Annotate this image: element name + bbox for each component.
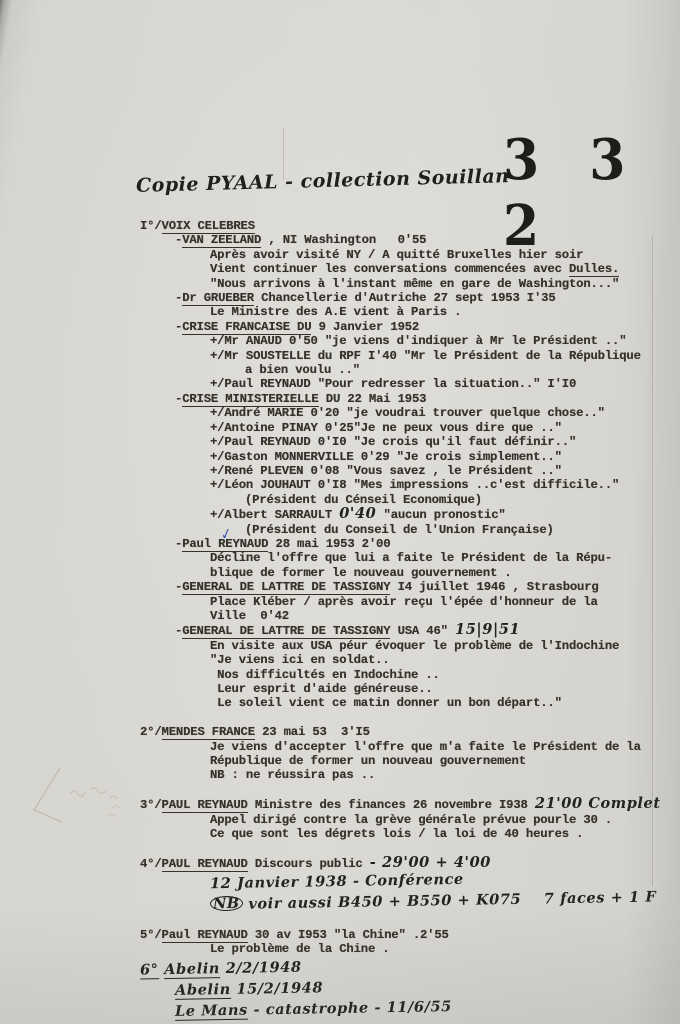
typed-line: 2°/MENDES FRANCE 23 mai 53 3'I5 xyxy=(0,725,680,739)
typed-line: +/Mr SOUSTELLE du RPF I'40 "Mr le Présid… xyxy=(0,349,680,363)
text-segment: VOIX CELEBRES xyxy=(162,219,255,234)
typed-line: +/Gaston MONNERVILLE 0'29 "Je crois simp… xyxy=(0,450,680,464)
text-segment: +/Albert SARRAULT xyxy=(210,508,339,522)
text-segment: +/Antoine PINAY 0'25"Je ne peux vous dir… xyxy=(210,421,562,435)
text-segment: Leur esprit d'aide généreuse.. xyxy=(210,682,433,696)
typed-line: +/Albert SARRAULT 0'40 "aucun pronostic" xyxy=(0,507,680,522)
text-segment: NB xyxy=(210,896,243,912)
text-segment: Le soleil vient ce matin donner un bon d… xyxy=(210,696,562,710)
text-segment: CRISE MINISTERIELLE xyxy=(182,392,318,407)
text-segment: Je viens d'accepter l'offre que m'a fait… xyxy=(210,740,641,754)
typed-line: +/Paul REYNAUD 0'I0 "Je crois qu'il faut… xyxy=(0,435,680,449)
text-segment: 15/2/1948 xyxy=(231,980,324,999)
text-segment: +/Léon JOUHAUT 0'I8 "Mes impressions ..c… xyxy=(210,478,619,492)
text-segment: Le Ministre des A.E vient à Paris . xyxy=(210,305,461,319)
typed-line: +/Antoine PINAY 0'25"Je ne peux vous dir… xyxy=(0,421,680,435)
typed-line: -CRISE MINISTERIELLE DU 22 Mai 1953 xyxy=(0,392,680,406)
text-segment: République de former un nouveau gouverne… xyxy=(210,754,526,768)
text-segment: Ville 0'42 xyxy=(210,609,289,623)
handwritten-note: 15|9|51 xyxy=(455,621,520,638)
text-segment: 23 mai 53 3'I5 xyxy=(255,725,370,739)
text-segment: "aucun pronostic" xyxy=(376,508,505,522)
typed-line: blique de former le nouveau gouvernement… xyxy=(0,566,680,580)
text-segment: 4°/ xyxy=(140,857,162,871)
text-segment: +/René PLEVEN 0'08 "Vous savez , le Prés… xyxy=(210,464,562,478)
text-segment: Dr GRUEBER xyxy=(182,291,254,306)
typed-line: Le Ministre des A.E vient à Paris . xyxy=(0,305,680,319)
handwritten-note: 21'00 Complet xyxy=(535,795,661,812)
text-segment: CRISE FRANCAISE DU xyxy=(182,320,311,335)
text-segment: PAUL REYNAUD xyxy=(162,857,248,872)
typed-line: Le soleil vient ce matin donner un bon d… xyxy=(0,696,680,710)
typed-line: a bien voulu .." xyxy=(0,363,680,377)
typed-line: +/Léon JOUHAUT 0'I8 "Mes impressions ..c… xyxy=(0,478,680,492)
typed-line: "Je viens ici en soldat.. xyxy=(0,653,680,667)
typed-line: +/Mr ANAUD 0'50 "je viens d'indiquer à M… xyxy=(0,334,680,348)
blank-line xyxy=(0,913,680,927)
typed-line: Ville 0'42 xyxy=(0,609,680,623)
text-segment: Décline l'offre que lui a faite le Prési… xyxy=(210,551,612,565)
text-segment: Appel dirigé contre la grève générale pr… xyxy=(210,813,612,827)
text-segment: VAN ZEELAND xyxy=(182,233,261,248)
text-segment: Le Mans xyxy=(175,1002,248,1021)
text-segment: Abelin xyxy=(175,981,231,1000)
typed-line: En visite aux USA péur évoquer le problè… xyxy=(0,639,680,653)
typed-line: -Paul REYNAUD 28 mai 1953 2'00✓ xyxy=(0,537,680,551)
text-segment: "Je viens ici en soldat.. xyxy=(210,653,389,667)
text-segment: +/Mr SOUSTELLE du RPF I'40 "Mr le Présid… xyxy=(210,349,641,363)
text-segment: - catastrophe - 11/6/55 xyxy=(248,998,452,1019)
text-segment: , NI Washington 0'55 xyxy=(261,233,426,247)
text-segment: GENERAL DE LATTRE DE TASSIGNY xyxy=(182,624,390,639)
typed-line: (Président du Conseil de l'Union Françai… xyxy=(0,523,680,537)
typed-line: Leur esprit d'aide généreuse.. xyxy=(0,682,680,696)
text-segment: 30 av I953 "la Chine" .2'55 xyxy=(248,928,449,942)
text-segment: blique de former le nouveau gouvernement… xyxy=(210,566,512,580)
blank-line xyxy=(0,711,680,725)
text-segment: (Président du Conseil de l'Union Françai… xyxy=(245,523,554,537)
text-segment: En visite aux USA péur évoquer le problè… xyxy=(210,639,619,653)
typed-line: Je viens d'accepter l'offre que m'a fait… xyxy=(0,740,680,754)
text-segment: 5°/ xyxy=(140,928,162,942)
typed-line: Vient continuer les conversations commen… xyxy=(0,262,680,276)
typed-line: I°/VOIX CELEBRES xyxy=(0,219,680,233)
text-segment: USA 46" xyxy=(390,624,455,638)
text-segment: +/Gaston MONNERVILLE 0'29 "Je crois simp… xyxy=(210,450,562,464)
text-segment: Abelin xyxy=(164,961,220,980)
text-segment: Vient continuer les conversations commen… xyxy=(210,262,569,276)
text-segment: DU 22 Mai 1953 xyxy=(319,392,427,406)
typed-line: "Nous arrivons à l'instant même en gare … xyxy=(0,277,680,291)
typed-line: Place Kléber / après avoir reçu l'épée d… xyxy=(0,595,680,609)
document-photo: 3 3 2 Copie PYAAL - collection Souillan … xyxy=(0,0,680,1024)
handwritten-note: 0'40 xyxy=(339,505,376,522)
text-segment: Nos difficultés en Indochine .. xyxy=(210,668,440,682)
text-segment: NB : ne réussira pas .. xyxy=(210,768,375,782)
text-segment: 2°/ xyxy=(140,725,162,739)
text-segment: +/Paul REYNAUD "Pour redresser la situat… xyxy=(210,377,576,391)
text-segment: Ministre des finances 26 novembre I938 xyxy=(248,798,535,812)
text-segment: I4 juillet 1946 , Strasbourg xyxy=(390,580,598,594)
pencil-annotation xyxy=(22,760,142,850)
text-segment: Paul REYNAUD xyxy=(162,928,248,943)
typed-line: 5°/Paul REYNAUD 30 av I953 "la Chine" .2… xyxy=(0,928,680,942)
text-segment: MENDES FRANCE xyxy=(162,725,255,740)
text-segment: Place Kléber / après avoir reçu l'épée d… xyxy=(210,595,598,609)
text-segment: PAUL REYNAUD xyxy=(162,798,248,813)
text-segment: "Nous arrivons à l'instant même en gare … xyxy=(210,277,619,291)
text-segment: +/Mr ANAUD 0'50 "je viens d'indiquer à M… xyxy=(210,334,626,348)
text-segment: 6° xyxy=(140,962,159,980)
typed-line: Nos difficultés en Indochine .. xyxy=(0,668,680,682)
text-segment: Discours public xyxy=(248,857,370,871)
document-lines: I°/VOIX CELEBRES-VAN ZEELAND , NI Washin… xyxy=(0,219,680,1019)
text-segment: I°/ xyxy=(140,219,162,233)
typed-line: -GENERAL DE LATTRE DE TASSIGNY I4 juille… xyxy=(0,580,680,594)
typed-line: Après avoir visité NY / A quitté Bruxell… xyxy=(0,248,680,262)
text-segment: 3°/ xyxy=(140,798,162,812)
text-segment: voir aussi B450 + B550 + K075 7 faces + … xyxy=(243,889,657,913)
typed-line: +/Paul REYNAUD "Pour redresser la situat… xyxy=(0,377,680,391)
typed-line: -GENERAL DE LATTRE DE TASSIGNY USA 46" 1… xyxy=(0,623,680,638)
text-segment: Dulles. xyxy=(569,262,619,277)
text-segment: 2/2/1948 xyxy=(220,959,302,977)
typed-line: +/André MARIE 0'20 "je voudrai trouver q… xyxy=(0,406,680,420)
typed-line: Décline l'offre que lui a faite le Prési… xyxy=(0,551,680,565)
text-segment: Ce que sont les dégrets lois / la loi de… xyxy=(210,827,583,841)
typed-line: -CRISE FRANCAISE DU 9 Janvier 1952 xyxy=(0,320,680,334)
text-segment: 12 Janvier 1938 - Conférence xyxy=(210,871,464,892)
typed-line: -VAN ZEELAND , NI Washington 0'55 xyxy=(0,233,680,247)
text-segment: Après avoir visité NY / A quitté Bruxell… xyxy=(210,248,583,262)
collection-annotation: Copie PYAAL - collection Souillan xyxy=(136,165,510,197)
text-segment: 9 Janvier 1952 xyxy=(311,320,419,334)
typed-line: +/René PLEVEN 0'08 "Vous savez , le Prés… xyxy=(0,464,680,478)
text-segment: +/André MARIE 0'20 "je voudrai trouver q… xyxy=(210,406,605,420)
typed-line: -Dr GRUEBER Chancellerie d'Autriche 27 s… xyxy=(0,291,680,305)
text-segment: Chancellerie d'Autriche 27 sept 1953 I'3… xyxy=(254,291,556,305)
text-segment: Le problème de la Chine . xyxy=(210,942,389,956)
text-segment: 28 mai 1953 2'00 xyxy=(268,537,390,551)
text-segment: GENERAL DE LATTRE DE TASSIGNY xyxy=(182,580,390,595)
text-segment: a bien voulu .." xyxy=(245,363,360,377)
text-segment: +/Paul REYNAUD 0'I0 "Je crois qu'il faut… xyxy=(210,435,576,449)
